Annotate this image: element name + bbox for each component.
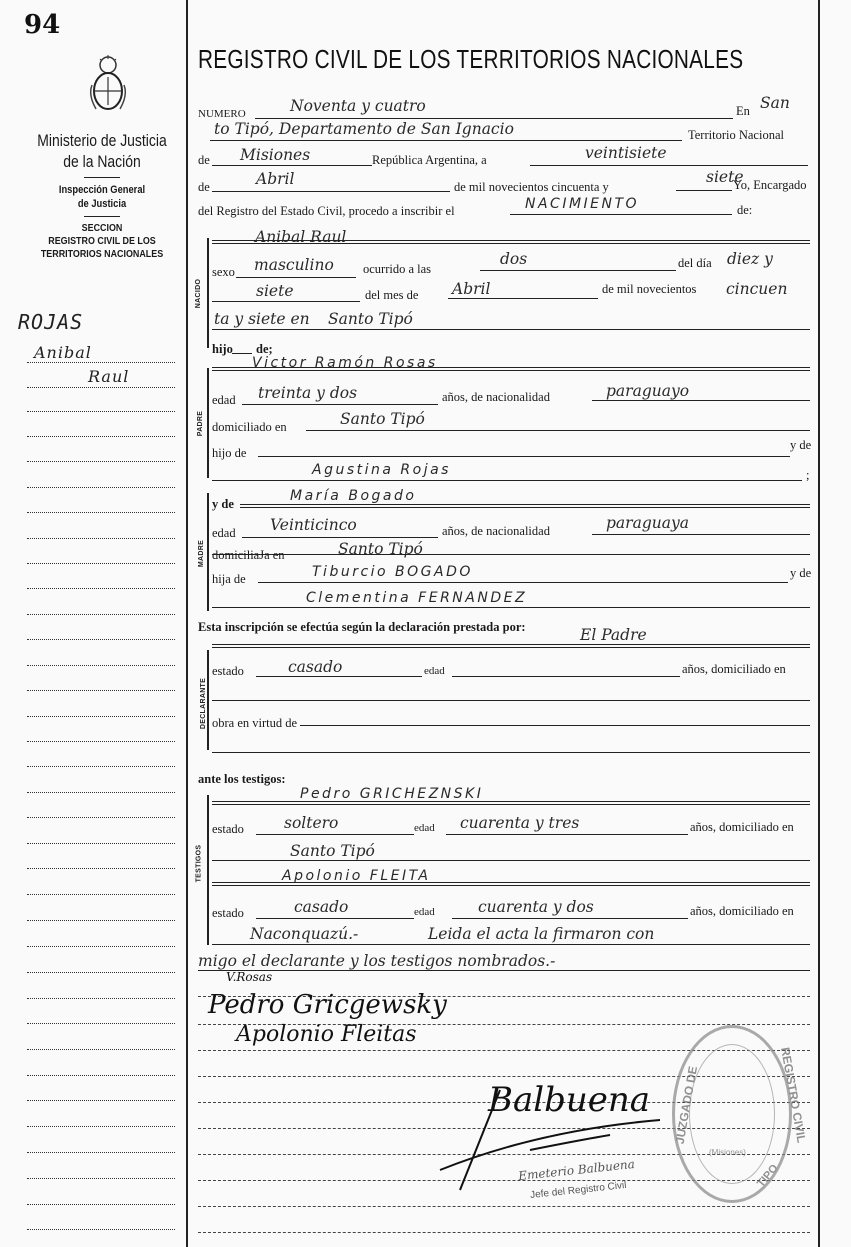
declarante-section-label: DECLARANTE [200, 678, 207, 729]
numero-label: NUMERO [198, 108, 246, 120]
madre-nacionalidad-value: paraguaya [606, 514, 689, 532]
dia-value: diez y [727, 250, 773, 268]
witness1-edad-value: cuarenta y tres [460, 814, 579, 832]
stamp-text-bottom: (Misiones) [709, 1148, 746, 1157]
republica-label: República Argentina, a [372, 153, 487, 168]
place-value: to Tipó, Departamento de San Ignacio [214, 120, 514, 138]
madre-y-de-label: y de [212, 497, 234, 512]
section-line3: TERRITORIOS NACIONALES [31, 248, 174, 261]
witness1-edad-label: edad [414, 822, 435, 834]
padre-hijo-de-label: hijo de [212, 446, 246, 461]
section-line1: SECCION [31, 222, 174, 235]
sexo-value: masculino [254, 256, 334, 274]
testigos-section-label: TESTIGOS [195, 845, 202, 883]
encargado-label: Yo, Encargado [733, 178, 807, 193]
mes-label: del mes de [365, 288, 418, 303]
inspection-line2: de Justicia [31, 197, 174, 211]
inspection-line1: Inspección General [31, 183, 174, 197]
year-label: de mil novecientos cincuenta y [454, 180, 609, 195]
coat-of-arms-icon [86, 55, 130, 117]
padre-nacionalidad-value: paraguayo [606, 382, 689, 400]
de2-label: de [198, 180, 210, 195]
witness1-estado-label: estado [212, 822, 244, 837]
closing-line-1: Leida el acta la firmaron con [428, 925, 654, 943]
declarante-estado-label: estado [212, 664, 244, 679]
witness2-estado-label: estado [212, 906, 244, 921]
madre-section-label: MADRE [198, 540, 205, 567]
de-label: de [198, 153, 210, 168]
numero-value: Noventa y cuatro [290, 97, 426, 115]
document-title: REGISTRO CIVIL DE LOS TERRITORIOS NACION… [198, 44, 743, 75]
ministry-header: Ministerio de Justicia de la Nación Insp… [18, 130, 186, 261]
witness1-estado-value: soltero [284, 814, 338, 832]
territory-value: Misiones [240, 146, 310, 164]
divider [84, 177, 120, 178]
witness2-edad-value: cuarenta y dos [478, 898, 594, 916]
margin-given-name-2: Raul [88, 367, 129, 386]
madre-y-de2-label: y de [790, 566, 811, 581]
obra-label: obra en virtud de [212, 716, 297, 731]
padre-mother-name: Agustina Rojas [312, 462, 451, 478]
signature-declarant: V.Rosas [226, 970, 272, 984]
margin-given-name-1: Anibal [34, 343, 92, 362]
right-border [818, 0, 820, 1247]
padre-semicolon: ; [806, 468, 809, 483]
madre-anos-label: años, de nacionalidad [442, 524, 550, 539]
madre-edad-value: Veinticinco [270, 516, 357, 534]
registro-label: del Registro del Estado Civil, procedo a… [198, 204, 455, 219]
closing-line-2: migo el declarante y los testigos nombra… [198, 952, 555, 970]
en-label: En [736, 104, 750, 119]
de3-label: de: [737, 203, 752, 218]
hijo-label: hijo [212, 342, 233, 357]
testigos-intro-label: ante los testigos: [198, 772, 286, 787]
act-type: NACIMIENTO [525, 196, 639, 212]
padre-section-label: PADRE [197, 411, 204, 436]
madre-domicilio-label: domiciliaJa en [212, 548, 285, 563]
madre-name: María Bogado [290, 488, 416, 504]
nacido-year-value: cincuen [726, 280, 787, 298]
witness1-anos-label: años, domiciliado en [690, 820, 794, 835]
nacido-section-label: NACIDO [195, 279, 202, 308]
declarante-estado-value: casado [288, 658, 342, 676]
dia-value-2: siete [256, 282, 294, 300]
divider [84, 216, 120, 217]
padre-edad-label: edad [212, 393, 236, 408]
stamp-text-right: REGISTRO CIVIL [778, 1046, 809, 1144]
madre-edad-label: edad [212, 526, 236, 541]
section-line2: REGISTRO CIVIL DE LOS [31, 235, 174, 248]
ministry-line2: de la Nación [33, 151, 171, 172]
madre-mother-name: Clementina FERNANDEZ [306, 590, 527, 606]
registry-stamp: JUZGADO DE REGISTRO CIVIL (Misiones) TIP… [672, 1025, 792, 1203]
witness2-anos-label: años, domiciliado en [690, 904, 794, 919]
padre-domicilio-label: domiciliado en [212, 420, 287, 435]
declarante-anos-label: años, domiciliado en [682, 662, 786, 677]
signature-witness1: Pedro Gricgewsky [208, 990, 447, 1020]
declarant-value: El Padre [580, 626, 647, 644]
nacido-place: Santo Tipó [328, 310, 413, 328]
en-value: San [760, 94, 790, 112]
day-value: veintisiete [585, 144, 667, 162]
padre-edad-value: treinta y dos [258, 384, 357, 402]
padre-anos-label: años, de nacionalidad [442, 390, 550, 405]
dia-label: del día [678, 256, 712, 271]
ministry-line1: Ministerio de Justicia [33, 130, 171, 151]
declaracion-intro-label: Esta inscripción se efectúa según la dec… [198, 620, 526, 635]
sexo-label: sexo [212, 265, 235, 280]
hour-value: dos [500, 250, 527, 268]
declarante-edad-label: edad [424, 665, 445, 677]
mes-value: Abril [452, 280, 490, 298]
madre-father-name: Tiburcio BOGADO [312, 564, 473, 580]
witness1-domicilio-value: Santo Tipó [290, 842, 375, 860]
madre-domicilio-value: Santo Tipó [338, 540, 423, 558]
page-number: 94 [24, 10, 60, 40]
nacido-year-value-2: ta y siete en [214, 310, 310, 328]
padre-y-de-label: y de [790, 438, 811, 453]
witness2-estado-value: casado [294, 898, 348, 916]
witness2-edad-label: edad [414, 906, 435, 918]
witness1-name: Pedro GRICHEZNSKI [300, 786, 483, 802]
month-value: Abril [256, 170, 294, 188]
witness2-domicilio-value: Naconquazú.- [250, 925, 358, 943]
margin-surname: ROJAS [18, 310, 83, 334]
signature-witness2: Apolonio Fleitas [236, 1022, 417, 1047]
territorio-label: Territorio Nacional [688, 128, 784, 143]
column-divider [186, 0, 188, 1247]
padre-domicilio-value: Santo Tipó [340, 410, 425, 428]
nacido-year-label: de mil novecientos [602, 282, 696, 297]
ocurrido-label: ocurrido a las [363, 262, 431, 277]
madre-hija-de-label: hija de [212, 572, 246, 587]
stamp-inner-ring [689, 1044, 775, 1184]
